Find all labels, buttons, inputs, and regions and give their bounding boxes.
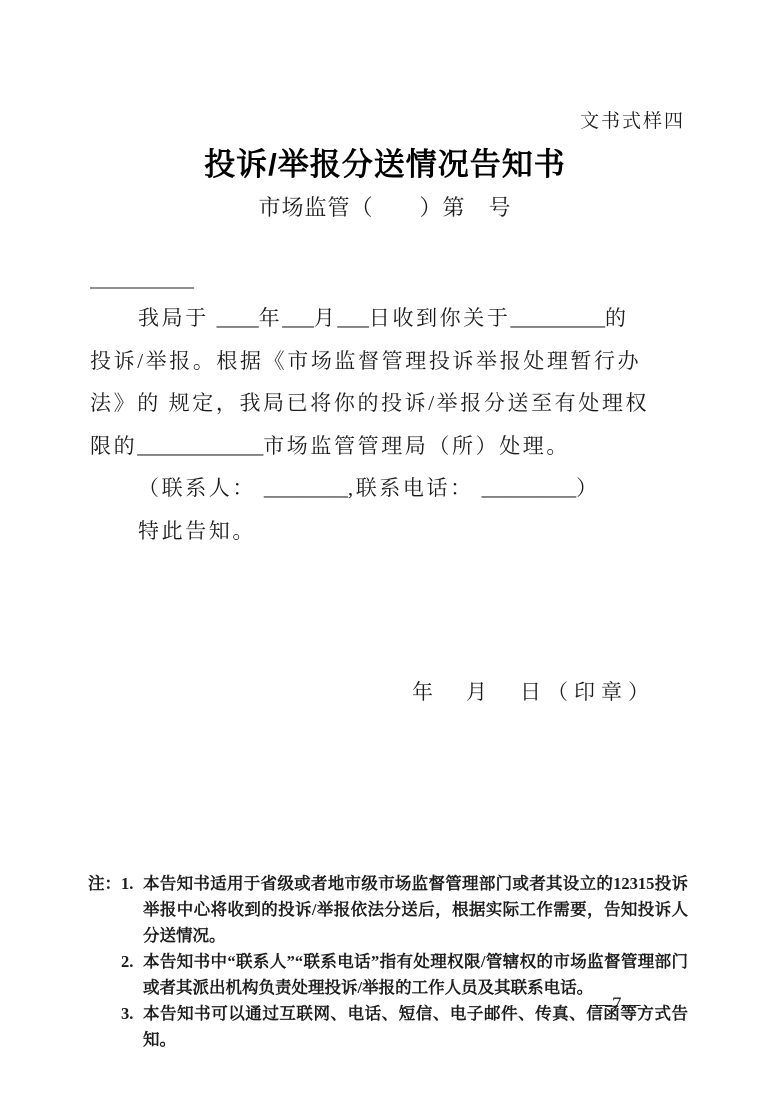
body-line-4: 限的____________市场监管管理局（所）处理。 — [90, 425, 665, 468]
body-line-3: 法》的 规定，我局已将你的投诉/举报分送至有处理权 — [90, 382, 665, 425]
note-text: 本告知书适用于省级或者地市级市场监督管理部门或者其设立的12315投诉举报中心将… — [143, 871, 688, 949]
note-number: 2. — [121, 949, 143, 1001]
salutation-blank-rule — [90, 287, 194, 289]
notes-list: 1. 本告知书适用于省级或者地市级市场监督管理部门或者其设立的12315投诉举报… — [121, 871, 688, 1053]
notes-section: 注： 1. 本告知书适用于省级或者地市级市场监督管理部门或者其设立的12315投… — [88, 871, 688, 1053]
body-line-1: 我局于 ____年___月___日收到你关于_________的 — [90, 297, 665, 340]
document-title: 投诉/举报分送情况告知书 — [0, 139, 770, 184]
page-number: —7— — [593, 994, 641, 1016]
doc-style-label: 文书式样四 — [580, 106, 685, 133]
closing-line: 特此告知。 — [90, 510, 665, 553]
body-line-2: 投诉/举报。根据《市场监督管理投诉举报处理暂行办 — [90, 340, 665, 383]
contact-line: （联系人： ________,联系电话： _________） — [90, 467, 665, 510]
note-item-1: 1. 本告知书适用于省级或者地市级市场监督管理部门或者其设立的12315投诉举报… — [121, 871, 688, 949]
note-number: 3. — [121, 1001, 143, 1053]
document-number-line: 市场监管（ ）第 号 — [0, 191, 770, 222]
notes-label: 注： — [88, 871, 121, 1053]
date-seal-line: 年 月 日（印章） — [412, 676, 655, 706]
note-number: 1. — [121, 871, 143, 949]
document-body: 我局于 ____年___月___日收到你关于_________的 投诉/举报。根… — [90, 297, 665, 553]
document-page: 文书式样四 投诉/举报分送情况告知书 市场监管（ ）第 号 我局于 ____年_… — [0, 0, 770, 1099]
